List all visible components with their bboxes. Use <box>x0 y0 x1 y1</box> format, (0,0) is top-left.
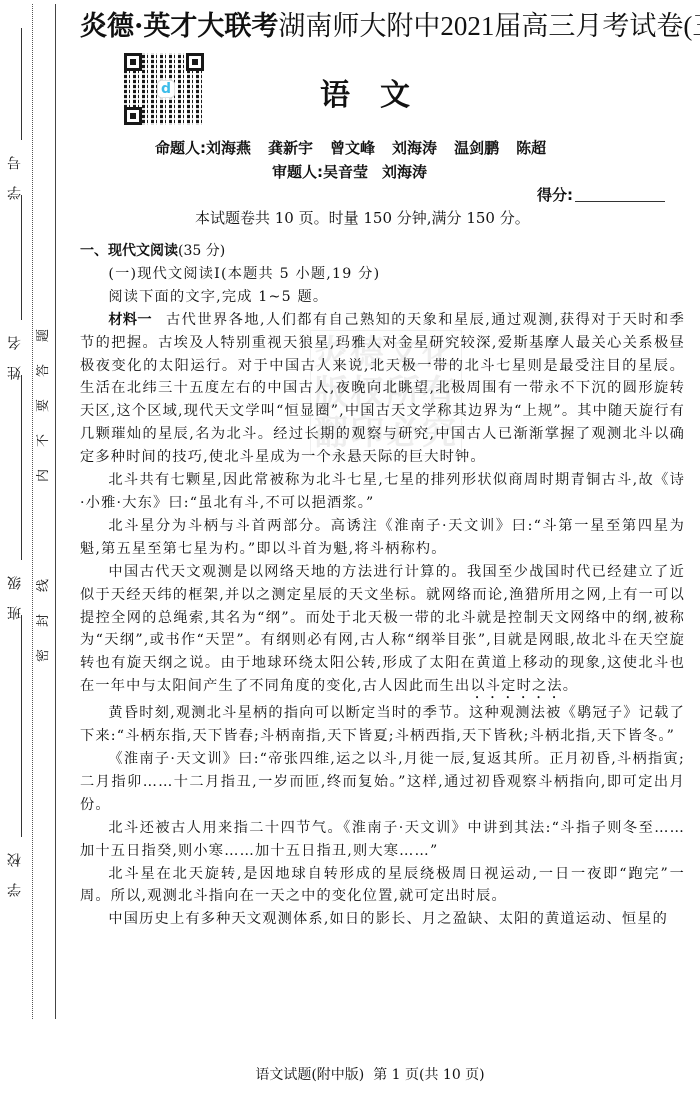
field-school[interactable]: 学校 <box>2 615 28 897</box>
field-class[interactable]: 班级 <box>2 375 28 620</box>
score-label: 得分: <box>537 186 573 204</box>
authors-label: 命题人: <box>155 139 206 157</box>
qr-finder-icon <box>124 53 142 71</box>
emphasized-phrase: 以斗定时之法 <box>470 678 562 694</box>
student-info-fields: 学号 姓名 班级 学校 <box>2 0 28 1010</box>
field-label: 学号 <box>2 140 28 200</box>
author-name: 温剑鹏 <box>454 139 499 157</box>
seal-notice-lower: 密 封 线 <box>35 568 53 673</box>
paragraph: 北斗星在北天旋转,是因地球自转形成的星辰绕极周日视运动,一日一夜即“跑完”一周。… <box>80 863 685 909</box>
paragraph: 中国历史上有多种天文观测体系,如日的影长、月之盈缺、太阳的黄道运动、恒星的 <box>80 908 685 931</box>
field-name[interactable]: 姓名 <box>2 195 28 380</box>
material-label: 材料一 <box>108 312 151 328</box>
sub-section-title: (一)现代文阅读Ⅰ(本题共 5 小题,19 分) <box>80 263 685 286</box>
field-label: 学校 <box>2 837 28 897</box>
author-name: 陈超 <box>516 139 546 157</box>
seal-notice-upper: 内 不 要 答 题 <box>35 318 53 493</box>
paragraph: 北斗共有七颗星,因此常被称为北斗七星,七星的排列形状似商周时期青铜古斗,故《诗·… <box>80 469 685 515</box>
field-blank-line[interactable] <box>21 615 22 837</box>
field-student-number[interactable]: 学号 <box>2 28 28 200</box>
exam-info: 本试题卷共 10 页。时量 150 分钟,满分 150 分。 <box>195 207 530 228</box>
seal-char: 答 <box>37 364 50 377</box>
margin-border-line <box>55 4 56 1019</box>
paragraph: 黄昏时刻,观测北斗星柄的指向可以断定当时的季节。这种观测法被《鹖冠子》记载了下来… <box>80 702 685 748</box>
field-blank-line[interactable] <box>21 195 22 320</box>
seal-dotted-line <box>32 4 33 1019</box>
seal-char: 线 <box>37 579 50 592</box>
seal-char: 题 <box>37 329 50 342</box>
reviewers-line: 审题人:吴音莹刘海涛 <box>272 161 427 182</box>
paragraph: 材料一古代世界各地,人们都有自己熟知的天象和星辰,通过观测,获得对于天时和季节的… <box>80 309 685 469</box>
seal-char: 要 <box>37 399 50 412</box>
reading-passage: 一、现代文阅读(35 分) (一)现代文阅读Ⅰ(本题共 5 小题,19 分) 阅… <box>80 240 685 931</box>
author-name: 刘海涛 <box>392 139 437 157</box>
seal-char: 密 <box>37 649 50 662</box>
paragraph-text: 古代世界各地,人们都有自己熟知的天象和星辰,通过观测,获得对于天时和季节的把握。… <box>80 312 685 465</box>
paragraph: 北斗还被古人用来指二十四节气。《淮南子·天文训》中讲到其法:“斗指子则冬至……加… <box>80 817 685 863</box>
field-blank-line[interactable] <box>21 375 22 560</box>
score-blank[interactable] <box>575 187 665 202</box>
reviewer-name: 吴音莹 <box>323 163 368 181</box>
school-exam-title: 湖南师大附中2021届高三月考试卷(三) <box>278 11 700 41</box>
brand-name: 炎德·英才大联考 <box>80 11 278 42</box>
page-footer: 语文试题(附中版) 第 1 页(共 10 页) <box>0 1064 700 1084</box>
author-name: 曾文峰 <box>330 139 375 157</box>
seal-char: 内 <box>37 469 50 482</box>
seal-char: 封 <box>37 614 50 627</box>
paragraph: 北斗星分为斗柄与斗首两部分。高诱注《淮南子·天文训》曰:“斗第一星至第四星为魁,… <box>80 515 685 561</box>
reviewers-label: 审题人: <box>272 163 323 181</box>
section-heading: 一、现代文阅读(35 分) <box>80 240 685 263</box>
footer-label: 语文试题(附中版) <box>255 1067 364 1083</box>
author-name: 刘海燕 <box>206 139 251 157</box>
seal-char: 不 <box>37 434 50 447</box>
section-points: (35 分) <box>178 243 225 259</box>
authors-line: 命题人:刘海燕龚新宇曾文峰刘海涛温剑鹏陈超 <box>155 137 546 158</box>
paragraph-tail: 。 <box>563 678 578 694</box>
field-label: 班级 <box>2 560 28 620</box>
instruction: 阅读下面的文字,完成 1~5 题。 <box>80 286 685 309</box>
exam-title: 炎德·英才大联考湖南师大附中2021届高三月考试卷(三) <box>80 4 700 43</box>
page-number: 第 1 页(共 10 页) <box>373 1067 484 1083</box>
author-name: 龚新宇 <box>268 139 313 157</box>
field-label: 姓名 <box>2 320 28 380</box>
paragraph: 《淮南子·天文训》曰:“帝张四维,运之以斗,月徙一辰,复返其所。正月初昏,斗柄指… <box>80 748 685 817</box>
subject-title: 语文 <box>0 70 700 114</box>
section-title: 一、现代文阅读 <box>80 243 178 259</box>
paragraph-text: 中国古代天文观测是以网络天地的方法进行计算的。我国至少战国时代已经建立了近似于天… <box>80 564 685 695</box>
score-field: 得分: <box>537 184 665 205</box>
qr-finder-icon <box>186 53 204 71</box>
paragraph: 中国古代天文观测是以网络天地的方法进行计算的。我国至少战国时代已经建立了近似于天… <box>80 561 685 703</box>
reviewer-name: 刘海涛 <box>382 163 427 181</box>
